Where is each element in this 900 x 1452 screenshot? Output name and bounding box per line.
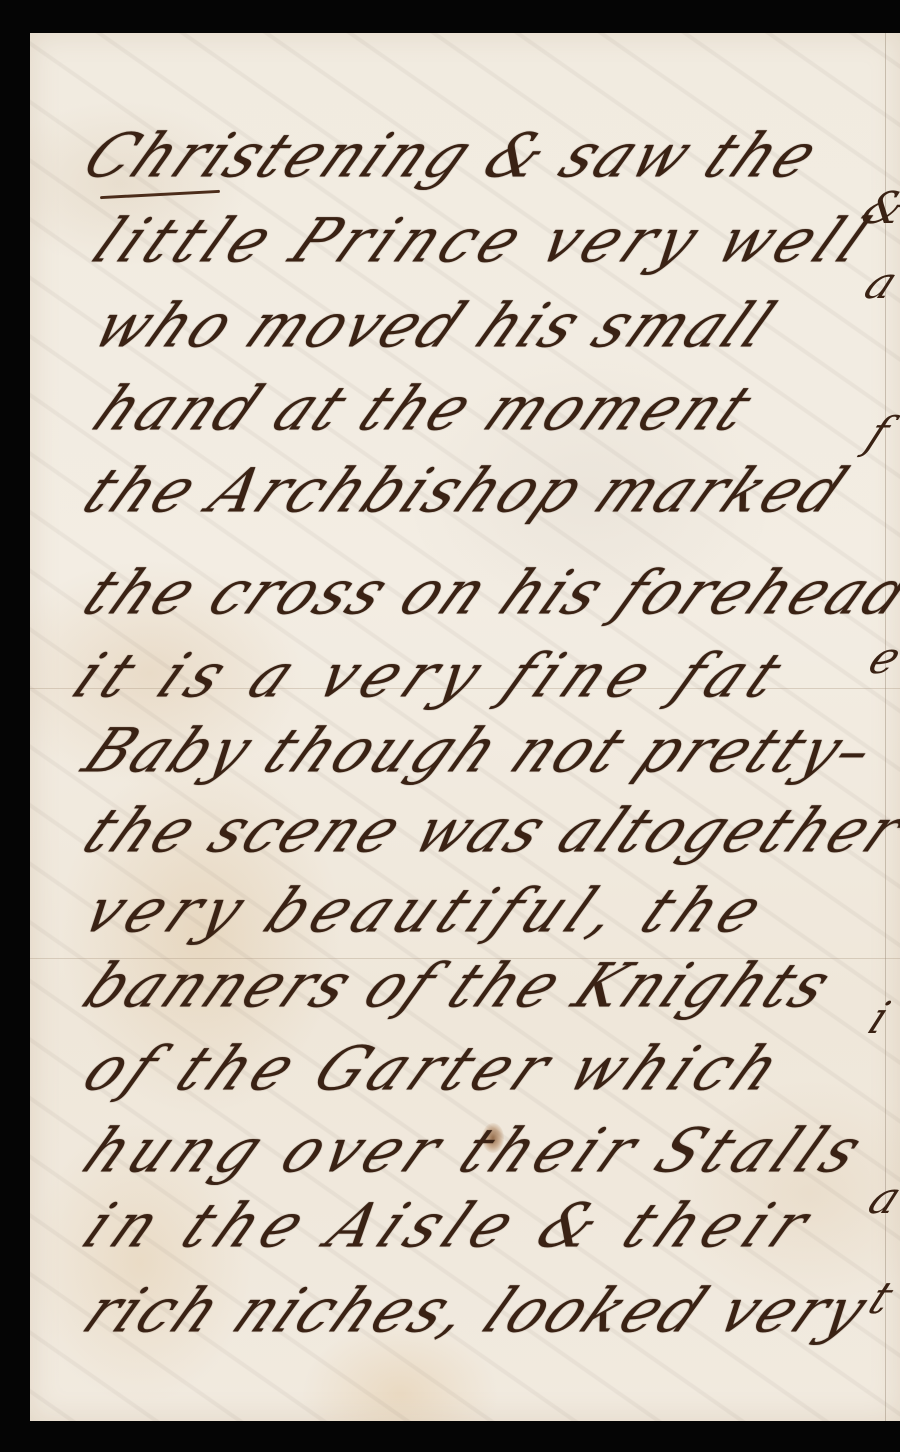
margin-fragment: a — [861, 1173, 900, 1224]
margin-fragment: f — [859, 408, 898, 459]
text-line-14: in the Aisle & their — [74, 1195, 827, 1256]
text-line-11: banners of the Knights — [74, 955, 844, 1016]
letter-page: Christening & saw the little Prince very… — [30, 33, 900, 1421]
text-line-9: the scene was altogether — [74, 800, 900, 861]
text-line-3: who moved his small — [84, 295, 787, 356]
text-line-2: little Prince very well — [84, 210, 884, 271]
text-line-8: Baby though not pretty– — [74, 720, 888, 781]
text-line-13: hung over their Stalls — [74, 1120, 878, 1181]
word-underline — [100, 190, 220, 199]
margin-fragment: e — [861, 633, 900, 684]
text-line-4: hand at the moment — [84, 378, 765, 439]
margin-fragment: i — [861, 993, 898, 1044]
text-line-1: Christening & saw the — [74, 125, 831, 186]
handwritten-text: Christening & saw the little Prince very… — [30, 33, 900, 1421]
text-line-15: rich niches, looked very — [74, 1280, 881, 1341]
text-line-7: it is a very fine fat — [64, 645, 800, 706]
text-line-10: very beautiful, the — [74, 880, 780, 941]
text-line-12: of the Garter which — [74, 1038, 796, 1099]
margin-fragment: a — [857, 258, 900, 309]
text-line-5: the Archbishop marked — [74, 460, 859, 521]
text-line-6: the cross on his forehead– — [74, 562, 900, 623]
